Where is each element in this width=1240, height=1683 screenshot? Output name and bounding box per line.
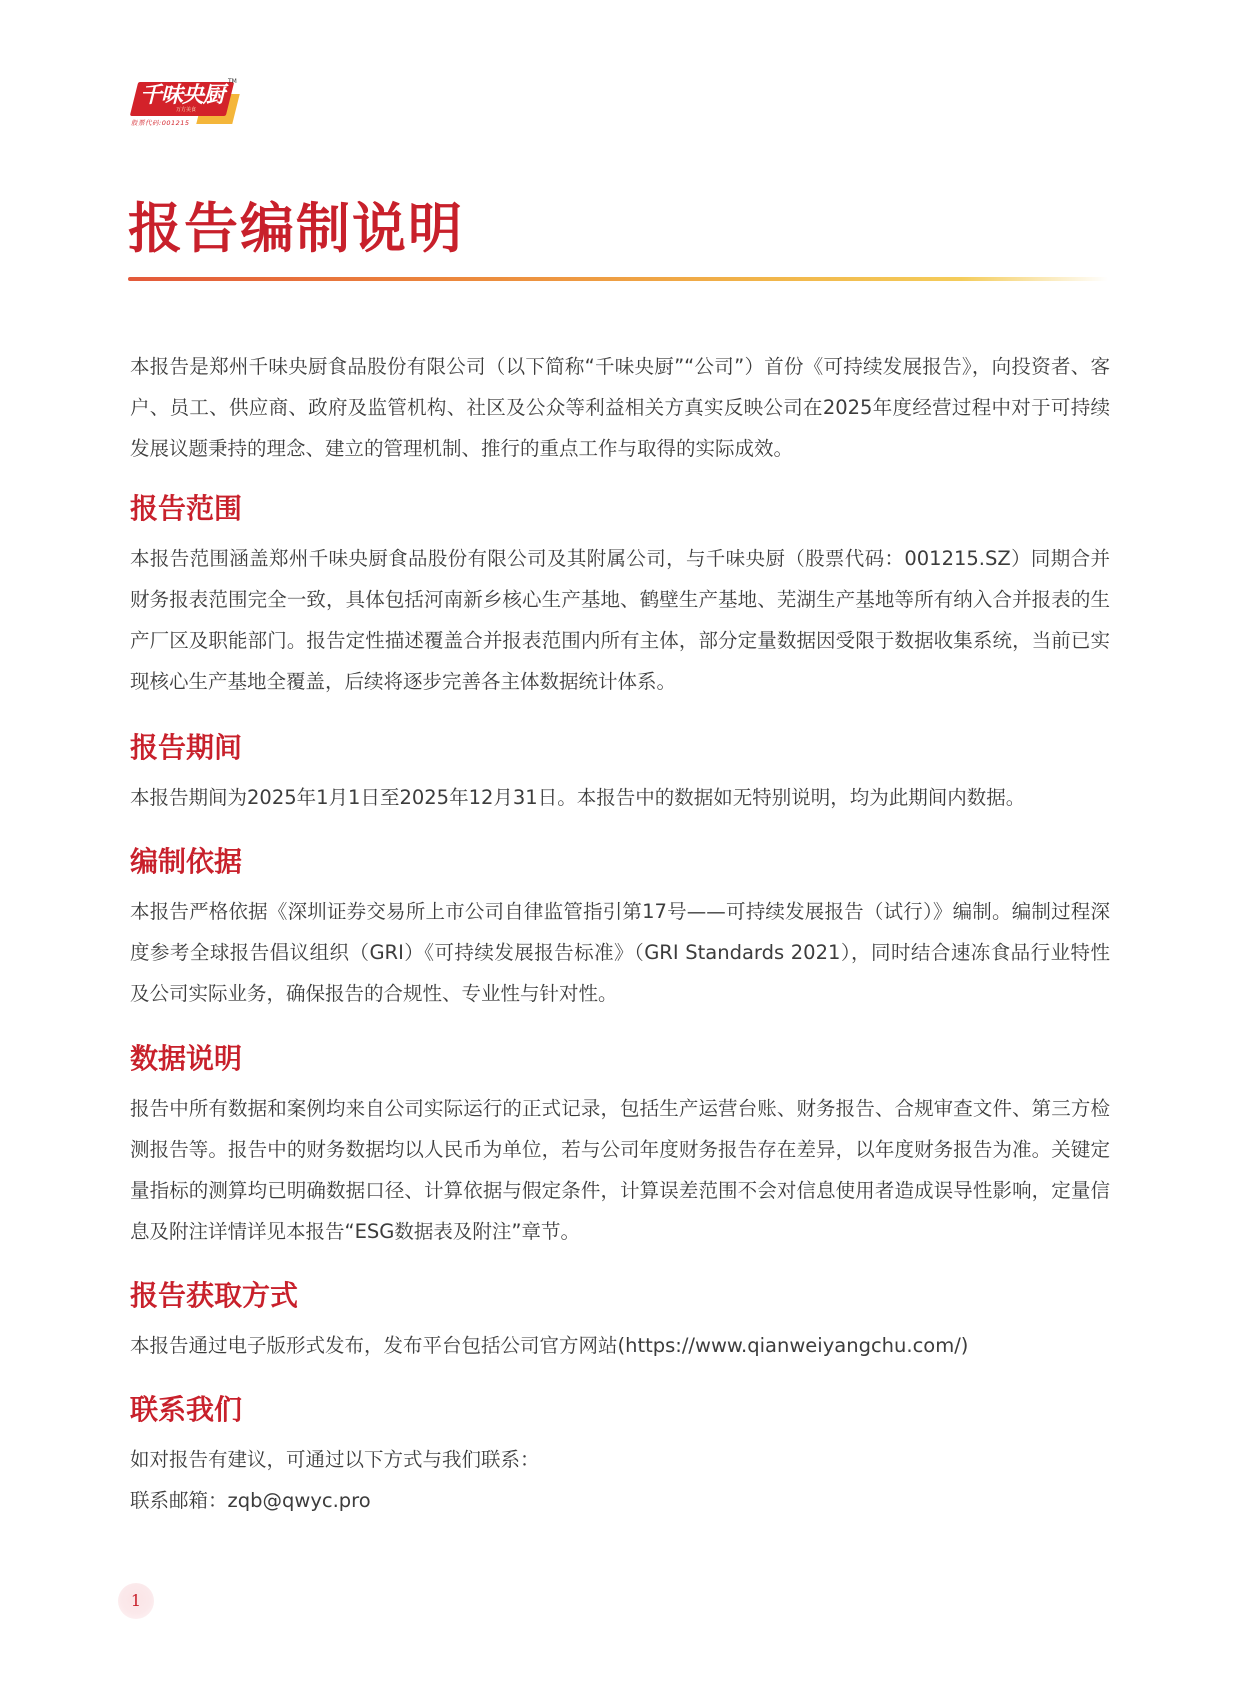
section-body-compilation-basis: 本报告严格依据《深圳证券交易所上市公司自律监管指引第17号——可持续发展报告（试… [130,891,1110,1014]
section-report-period: 报告期间 本报告期间为2025年1月1日至2025年12月31日。本报告中的数据… [130,728,1110,818]
page-number-badge: 1 [118,1583,154,1619]
section-heading-data-notes: 数据说明 [130,1039,1110,1079]
section-heading-report-period: 报告期间 [130,728,1110,768]
trademark-mark: TM [228,78,237,85]
logo-tagline: 万方美食 [176,106,196,114]
logo-stock-code: 股票代码:001215 [131,118,190,127]
section-contact-us: 联系我们 如对报告有建议，可通过以下方式与我们联系： 联系邮箱：zqb@qwyc… [130,1390,1110,1521]
section-body-report-period: 本报告期间为2025年1月1日至2025年12月31日。本报告中的数据如无特别说… [130,777,1110,818]
contact-email-link[interactable]: zqb@qwyc.pro [228,1489,371,1512]
intro-section: 本报告是郑州千味央厨食品股份有限公司（以下简称“千味央厨”“公司”）首份《可持续… [130,346,1110,469]
section-heading-report-access: 报告获取方式 [130,1276,1110,1316]
section-body-report-scope: 本报告范围涵盖郑州千味央厨食品股份有限公司及其附属公司，与千味央厨（股票代码：0… [130,538,1110,702]
section-data-notes: 数据说明 报告中所有数据和案例均来自公司实际运行的正式记录，包括生产运营台账、财… [130,1039,1110,1252]
intro-paragraph: 本报告是郑州千味央厨食品股份有限公司（以下简称“千味央厨”“公司”）首份《可持续… [130,346,1110,469]
company-logo: 千味央厨 万方美食 股票代码:001215 TM [128,80,238,132]
section-heading-compilation-basis: 编制依据 [130,842,1110,882]
contact-email-line: 联系邮箱：zqb@qwyc.pro [130,1480,1110,1521]
section-compilation-basis: 编制依据 本报告严格依据《深圳证券交易所上市公司自律监管指引第17号——可持续发… [130,842,1110,1014]
section-report-access: 报告获取方式 本报告通过电子版形式发布，发布平台包括公司官方网站(https:/… [130,1276,1110,1366]
contact-email-label: 联系邮箱： [130,1489,228,1512]
title-gradient-divider [128,277,1108,281]
page-title: 报告编制说明 [128,196,464,262]
section-body-report-access: 本报告通过电子版形式发布，发布平台包括公司官方网站(https://www.qi… [130,1325,1110,1366]
section-report-scope: 报告范围 本报告范围涵盖郑州千味央厨食品股份有限公司及其附属公司，与千味央厨（股… [130,489,1110,702]
section-heading-contact-us: 联系我们 [130,1390,1110,1430]
section-heading-report-scope: 报告范围 [130,489,1110,529]
section-body-contact-us: 如对报告有建议，可通过以下方式与我们联系： [130,1439,1110,1480]
section-body-data-notes: 报告中所有数据和案例均来自公司实际运行的正式记录，包括生产运营台账、财务报告、合… [130,1088,1110,1252]
